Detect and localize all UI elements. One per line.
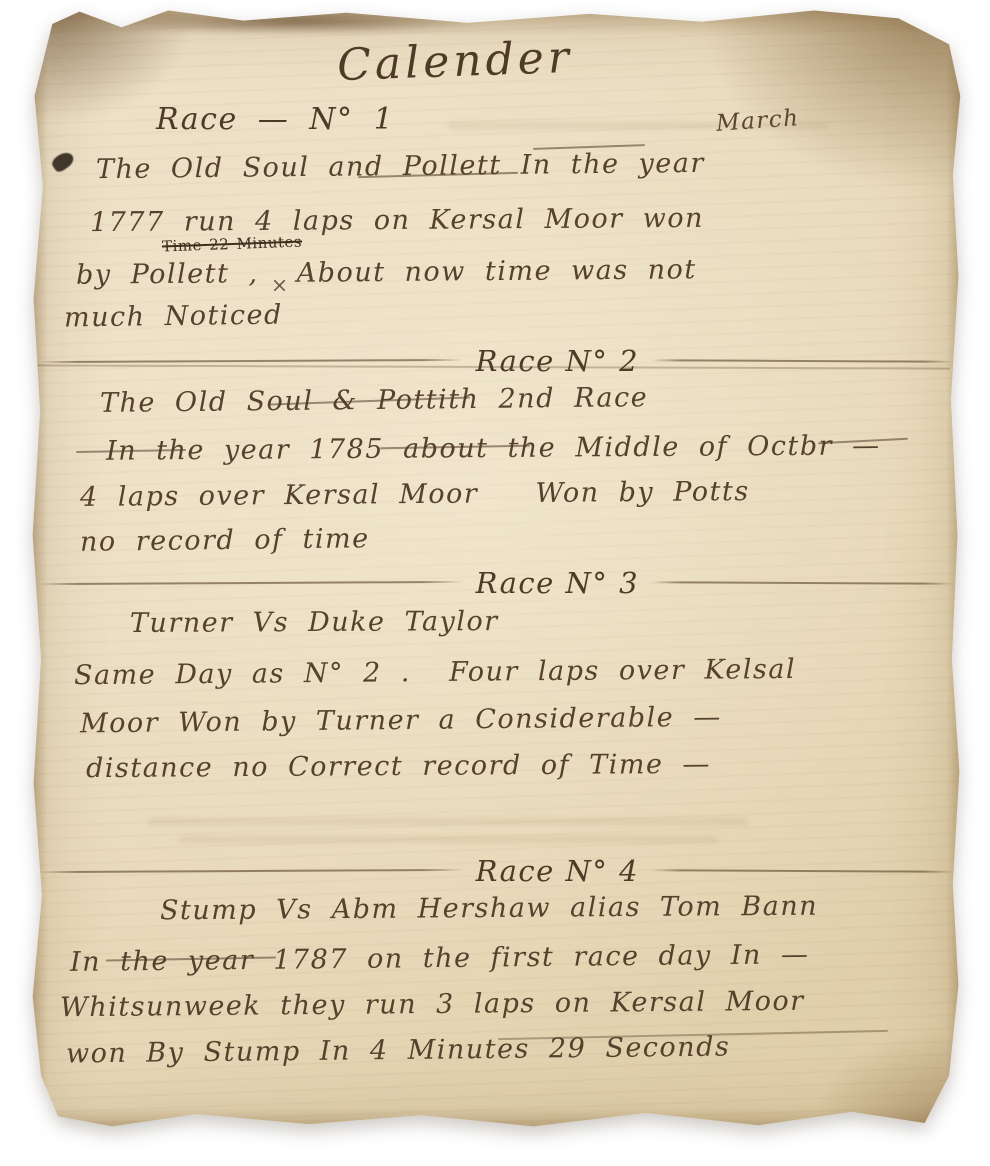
race-1-line: much Noticed [64, 300, 283, 333]
heading-rule-left [36, 359, 464, 363]
race-3-line: Same Day as N° 2 . Four laps over Kelsal [74, 655, 796, 691]
race-1-heading: Race — N° 1 [156, 102, 394, 137]
race-3-heading: Race N° 3 [476, 566, 639, 600]
race-1-line: by Pollett , About now time was not [76, 255, 697, 290]
race-4-heading-row: Race N° 4 [36, 854, 954, 888]
insertion-caret-mark [274, 280, 285, 291]
heading-rule-left [36, 581, 464, 585]
manuscript-content: Calender Race — N° 1 March The Old Soul … [28, 6, 964, 1132]
race-2-heading: Race N° 2 [476, 344, 639, 378]
page-title: Calender [289, 30, 621, 92]
race-1-line: The Old Soul and Pollett In the year [96, 149, 705, 185]
race-2-line: no record of time [80, 524, 370, 557]
race-3-line: distance no Correct record of Time — [86, 750, 711, 784]
race-4-heading: Race N° 4 [476, 854, 639, 888]
heading-rule-left [36, 869, 464, 873]
race-4-line: Whitsunweek they run 3 laps on Kersal Mo… [60, 987, 805, 1023]
race-2-line: In the year 1785 about the Middle of Oct… [106, 431, 881, 466]
race-2-heading-row: Race N° 2 [36, 344, 954, 378]
heading-rule-right [651, 869, 954, 873]
race-1-time-insertion: Time 22 Minutes [162, 234, 303, 255]
race-2-line: 4 laps over Kersal Moor Won by Potts [80, 477, 750, 513]
heading-rule-right [651, 581, 954, 585]
race-3-line: Turner Vs Duke Taylor [130, 607, 499, 639]
photo-background: Calender Race — N° 1 March The Old Soul … [0, 0, 990, 1166]
race-4-line: won By Stump In 4 Minutes 29 Seconds [66, 1033, 731, 1070]
race-3-line: Moor Won by Turner a Considerable — [80, 703, 722, 739]
race-1-month-annotation: March [715, 105, 800, 137]
race-1-line: 1777 run 4 laps on Kersal Moor won [90, 204, 704, 238]
race-4-line: Stump Vs Abm Hershaw alias Tom Bann [160, 892, 818, 926]
manuscript-page: Calender Race — N° 1 March The Old Soul … [28, 6, 964, 1132]
race-3-heading-row: Race N° 3 [36, 566, 954, 600]
heading-rule-right [651, 359, 954, 363]
manuscript-page-wrap: Calender Race — N° 1 March The Old Soul … [0, 0, 990, 1166]
